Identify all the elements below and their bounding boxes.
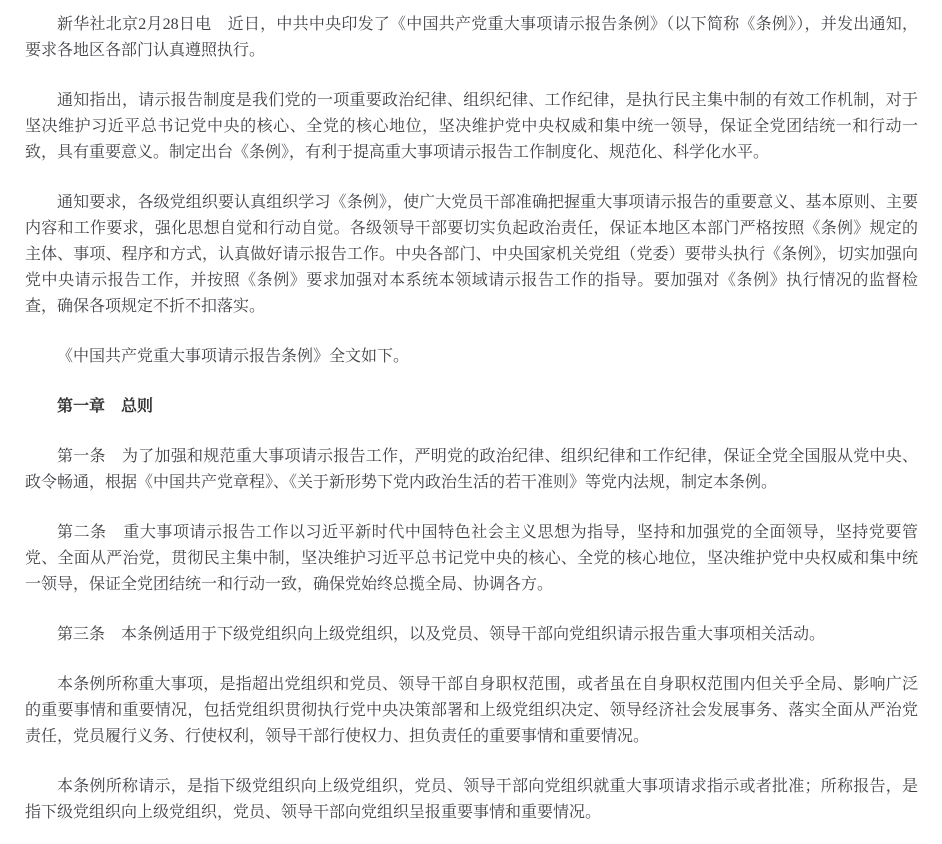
paragraph-qingshi-baogao-definition: 本条例所称请示，是指下级党组织向上级党组织，党员、领导干部向党组织就重大事项请求… [25, 774, 918, 826]
paragraph-notice-points-out: 通知指出，请示报告制度是我们党的一项重要政治纪律、组织纪律、工作纪律，是执行民主… [25, 88, 918, 166]
paragraph-article-3: 第三条 本条例适用于下级党组织向上级党组织，以及党员、领导干部向党组织请示报告重… [25, 622, 918, 648]
paragraph-major-matters-definition: 本条例所称重大事项，是指超出党组织和党员、领导干部自身职权范围，或者虽在自身职权… [25, 672, 918, 750]
paragraph-article-1: 第一条 为了加强和规范重大事项请示报告工作，严明党的政治纪律、组织纪律和工作纪律… [25, 444, 918, 496]
article-body: 新华社北京2月28日电 近日，中共中央印发了《中国共产党重大事项请示报告条例》（… [0, 0, 942, 826]
paragraph-fulltext-intro: 《中国共产党重大事项请示报告条例》全文如下。 [25, 344, 918, 370]
paragraph-article-2: 第二条 重大事项请示报告工作以习近平新时代中国特色社会主义思想为指导，坚持和加强… [25, 520, 918, 598]
paragraph-xinhua-dateline: 新华社北京2月28日电 近日，中共中央印发了《中国共产党重大事项请示报告条例》（… [25, 12, 918, 64]
paragraph-notice-requires: 通知要求，各级党组织要认真组织学习《条例》，使广大党员干部准确把握重大事项请示报… [25, 190, 918, 320]
chapter-1-heading: 第一章 总则 [25, 394, 918, 420]
